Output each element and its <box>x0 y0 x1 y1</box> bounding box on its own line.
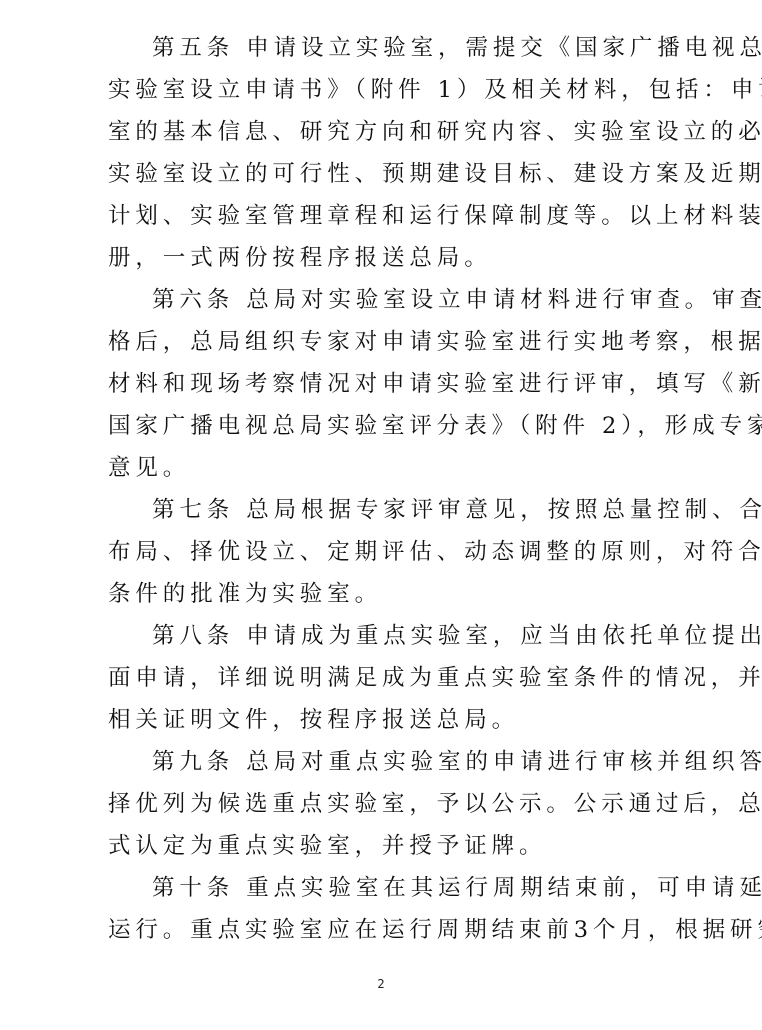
paragraph-article-5: 第五条 申请设立实验室，需提交《国家广播电视总局 实验室设立申请书》（附件 1）… <box>108 27 660 279</box>
document-body: 第五条 申请设立实验室，需提交《国家广播电视总局 实验室设立申请书》（附件 1）… <box>108 27 660 951</box>
text-line: 意见。 <box>108 447 660 489</box>
text-line: 实验室设立的可行性、预期建设目标、建设方案及近期工作 <box>108 153 660 195</box>
text-line: 计划、实验室管理章程和运行保障制度等。以上材料装订成 <box>108 195 660 237</box>
text-line: 实验室设立申请书》（附件 1）及相关材料，包括：申请实验 <box>108 69 660 111</box>
paragraph-article-9: 第九条 总局对重点实验室的申请进行审核并组织答辩， 择优列为候选重点实验室，予以… <box>108 741 660 867</box>
text-line: 布局、择优设立、定期评估、动态调整的原则，对符合申请 <box>108 531 660 573</box>
text-line: 第六条 总局对实验室设立申请材料进行审查。审查合 <box>108 279 660 321</box>
text-line: 国家广播电视总局实验室评分表》（附件 2），形成专家评审 <box>108 405 660 447</box>
paragraph-article-8: 第八条 申请成为重点实验室，应当由依托单位提出书 面申请，详细说明满足成为重点实… <box>108 615 660 741</box>
text-line: 材料和现场考察情况对申请实验室进行评审，填写《新申请 <box>108 363 660 405</box>
document-page: 第五条 申请设立实验室，需提交《国家广播电视总局 实验室设立申请书》（附件 1）… <box>0 0 762 1030</box>
text-line: 式认定为重点实验室，并授予证牌。 <box>108 825 660 867</box>
text-line: 室的基本信息、研究方向和研究内容、实验室设立的必要性、 <box>108 111 660 153</box>
text-line: 面申请，详细说明满足成为重点实验室条件的情况，并附加 <box>108 657 660 699</box>
text-line: 运行。重点实验室应在运行周期结束前3个月，根据研究目 <box>108 909 660 951</box>
paragraph-article-6: 第六条 总局对实验室设立申请材料进行审查。审查合 格后，总局组织专家对申请实验室… <box>108 279 660 489</box>
text-line: 第八条 申请成为重点实验室，应当由依托单位提出书 <box>108 615 660 657</box>
text-line: 择优列为候选重点实验室，予以公示。公示通过后，总局正 <box>108 783 660 825</box>
text-line: 第十条 重点实验室在其运行周期结束前，可申请延期 <box>108 867 660 909</box>
text-line: 册，一式两份按程序报送总局。 <box>108 237 660 279</box>
text-line: 格后，总局组织专家对申请实验室进行实地考察，根据申请 <box>108 321 660 363</box>
paragraph-article-10: 第十条 重点实验室在其运行周期结束前，可申请延期 运行。重点实验室应在运行周期结… <box>108 867 660 951</box>
text-line: 第七条 总局根据专家评审意见，按照总量控制、合理 <box>108 489 660 531</box>
text-line: 第五条 申请设立实验室，需提交《国家广播电视总局 <box>108 27 660 69</box>
text-line: 第九条 总局对重点实验室的申请进行审核并组织答辩， <box>108 741 660 783</box>
text-line: 相关证明文件，按程序报送总局。 <box>108 699 660 741</box>
page-number: 2 <box>0 977 762 991</box>
text-line: 条件的批准为实验室。 <box>108 573 660 615</box>
paragraph-article-7: 第七条 总局根据专家评审意见，按照总量控制、合理 布局、择优设立、定期评估、动态… <box>108 489 660 615</box>
